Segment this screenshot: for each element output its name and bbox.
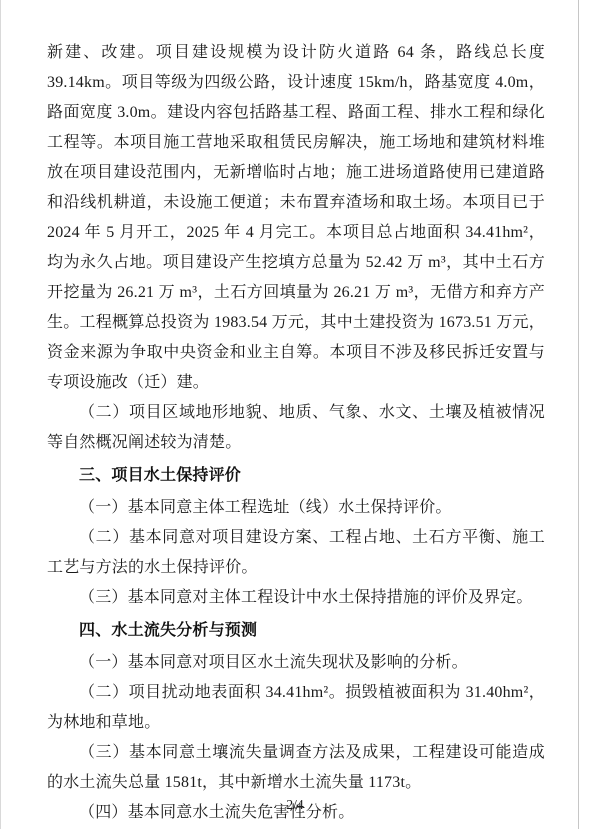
document-page: 新建、改建。项目建设规模为设计防火道路 64 条，路线总长度 39.14km。项…: [0, 0, 590, 829]
list-item-erosion-status-analysis: （一）基本同意对项目区水土流失现状及影响的分析。: [47, 648, 545, 678]
page-edge-left: [0, 0, 1, 829]
page-number: 2/4: [0, 797, 590, 813]
list-item-disturbed-area: （二）项目扰动地表面积 34.41hm²。损毁植被面积为 31.40hm²，为林…: [47, 678, 545, 738]
document-body: 新建、改建。项目建设规模为设计防火道路 64 条，路线总长度 39.14km。项…: [47, 38, 545, 828]
paragraph-project-overview: 新建、改建。项目建设规模为设计防火道路 64 条，路线总长度 39.14km。项…: [47, 38, 545, 398]
list-item-design-measures-evaluation: （三）基本同意对主体工程设计中水土保持措施的评价及界定。: [47, 583, 545, 613]
list-item-site-selection-evaluation: （一）基本同意主体工程选址（线）水土保持评价。: [47, 493, 545, 523]
section-heading-soil-water-evaluation: 三、项目水土保持评价: [47, 461, 545, 491]
list-item-construction-plan-evaluation: （二）基本同意对项目建设方案、工程占地、土石方平衡、施工工艺与方法的水土保持评价…: [47, 523, 545, 583]
list-item-soil-loss-survey: （三）基本同意土壤流失量调查方法及成果，工程建设可能造成的水土流失总量 1581…: [47, 738, 545, 798]
section-heading-soil-erosion-analysis: 四、水土流失分析与预测: [47, 616, 545, 646]
list-item-natural-conditions: （二）项目区域地形地貌、地质、气象、水文、土壤及植被情况等自然概况阐述较为清楚。: [47, 398, 545, 458]
page-edge-right: [578, 0, 579, 829]
